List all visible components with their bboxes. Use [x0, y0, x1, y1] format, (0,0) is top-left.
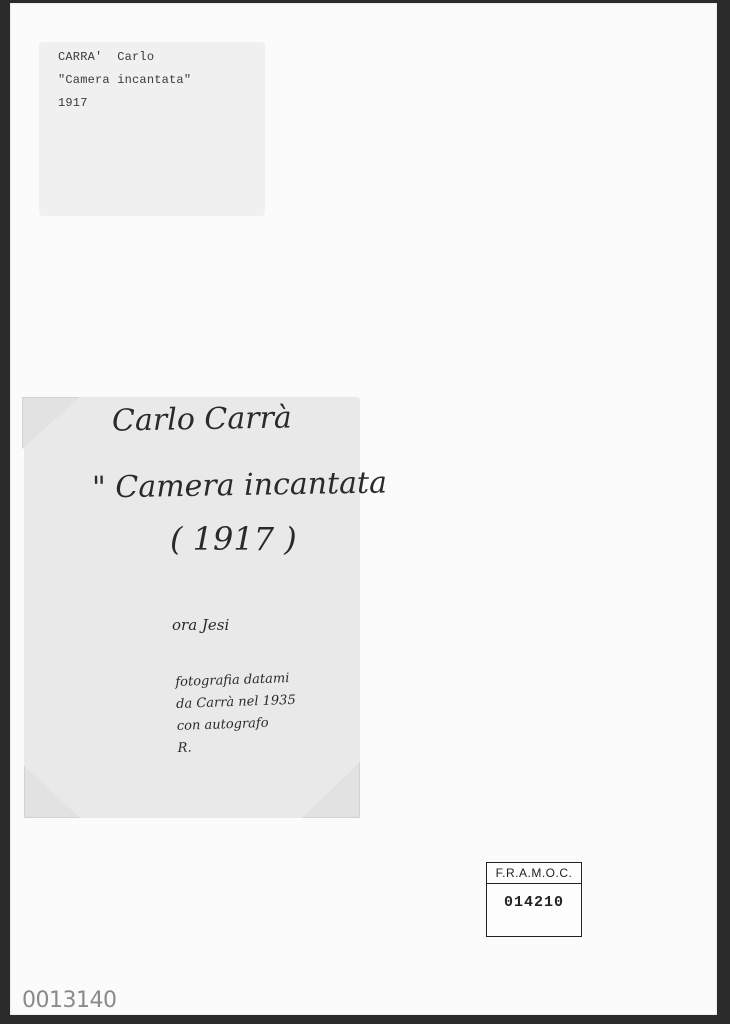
handwritten-location: ora Jesi	[172, 616, 229, 634]
index-card-year: 1917	[58, 96, 88, 110]
handwritten-year: ( 1917 )	[170, 520, 297, 558]
stamp-header: F.R.A.M.O.C.	[487, 863, 581, 884]
index-card-artist: CARRA' Carlo	[58, 50, 154, 64]
handwritten-note: fotografia datami da Carrà nel 1935 con …	[175, 668, 298, 760]
handwritten-artist: Carlo Carrà	[112, 400, 292, 438]
stamp-number: 014210	[487, 884, 581, 922]
archive-stamp: F.R.A.M.O.C. 014210	[486, 862, 582, 937]
handwritten-title: " Camera incantata	[92, 465, 388, 505]
index-card	[39, 42, 265, 216]
index-card-title: "Camera incantata"	[58, 73, 191, 87]
inventory-number: 0013140	[22, 988, 116, 1013]
